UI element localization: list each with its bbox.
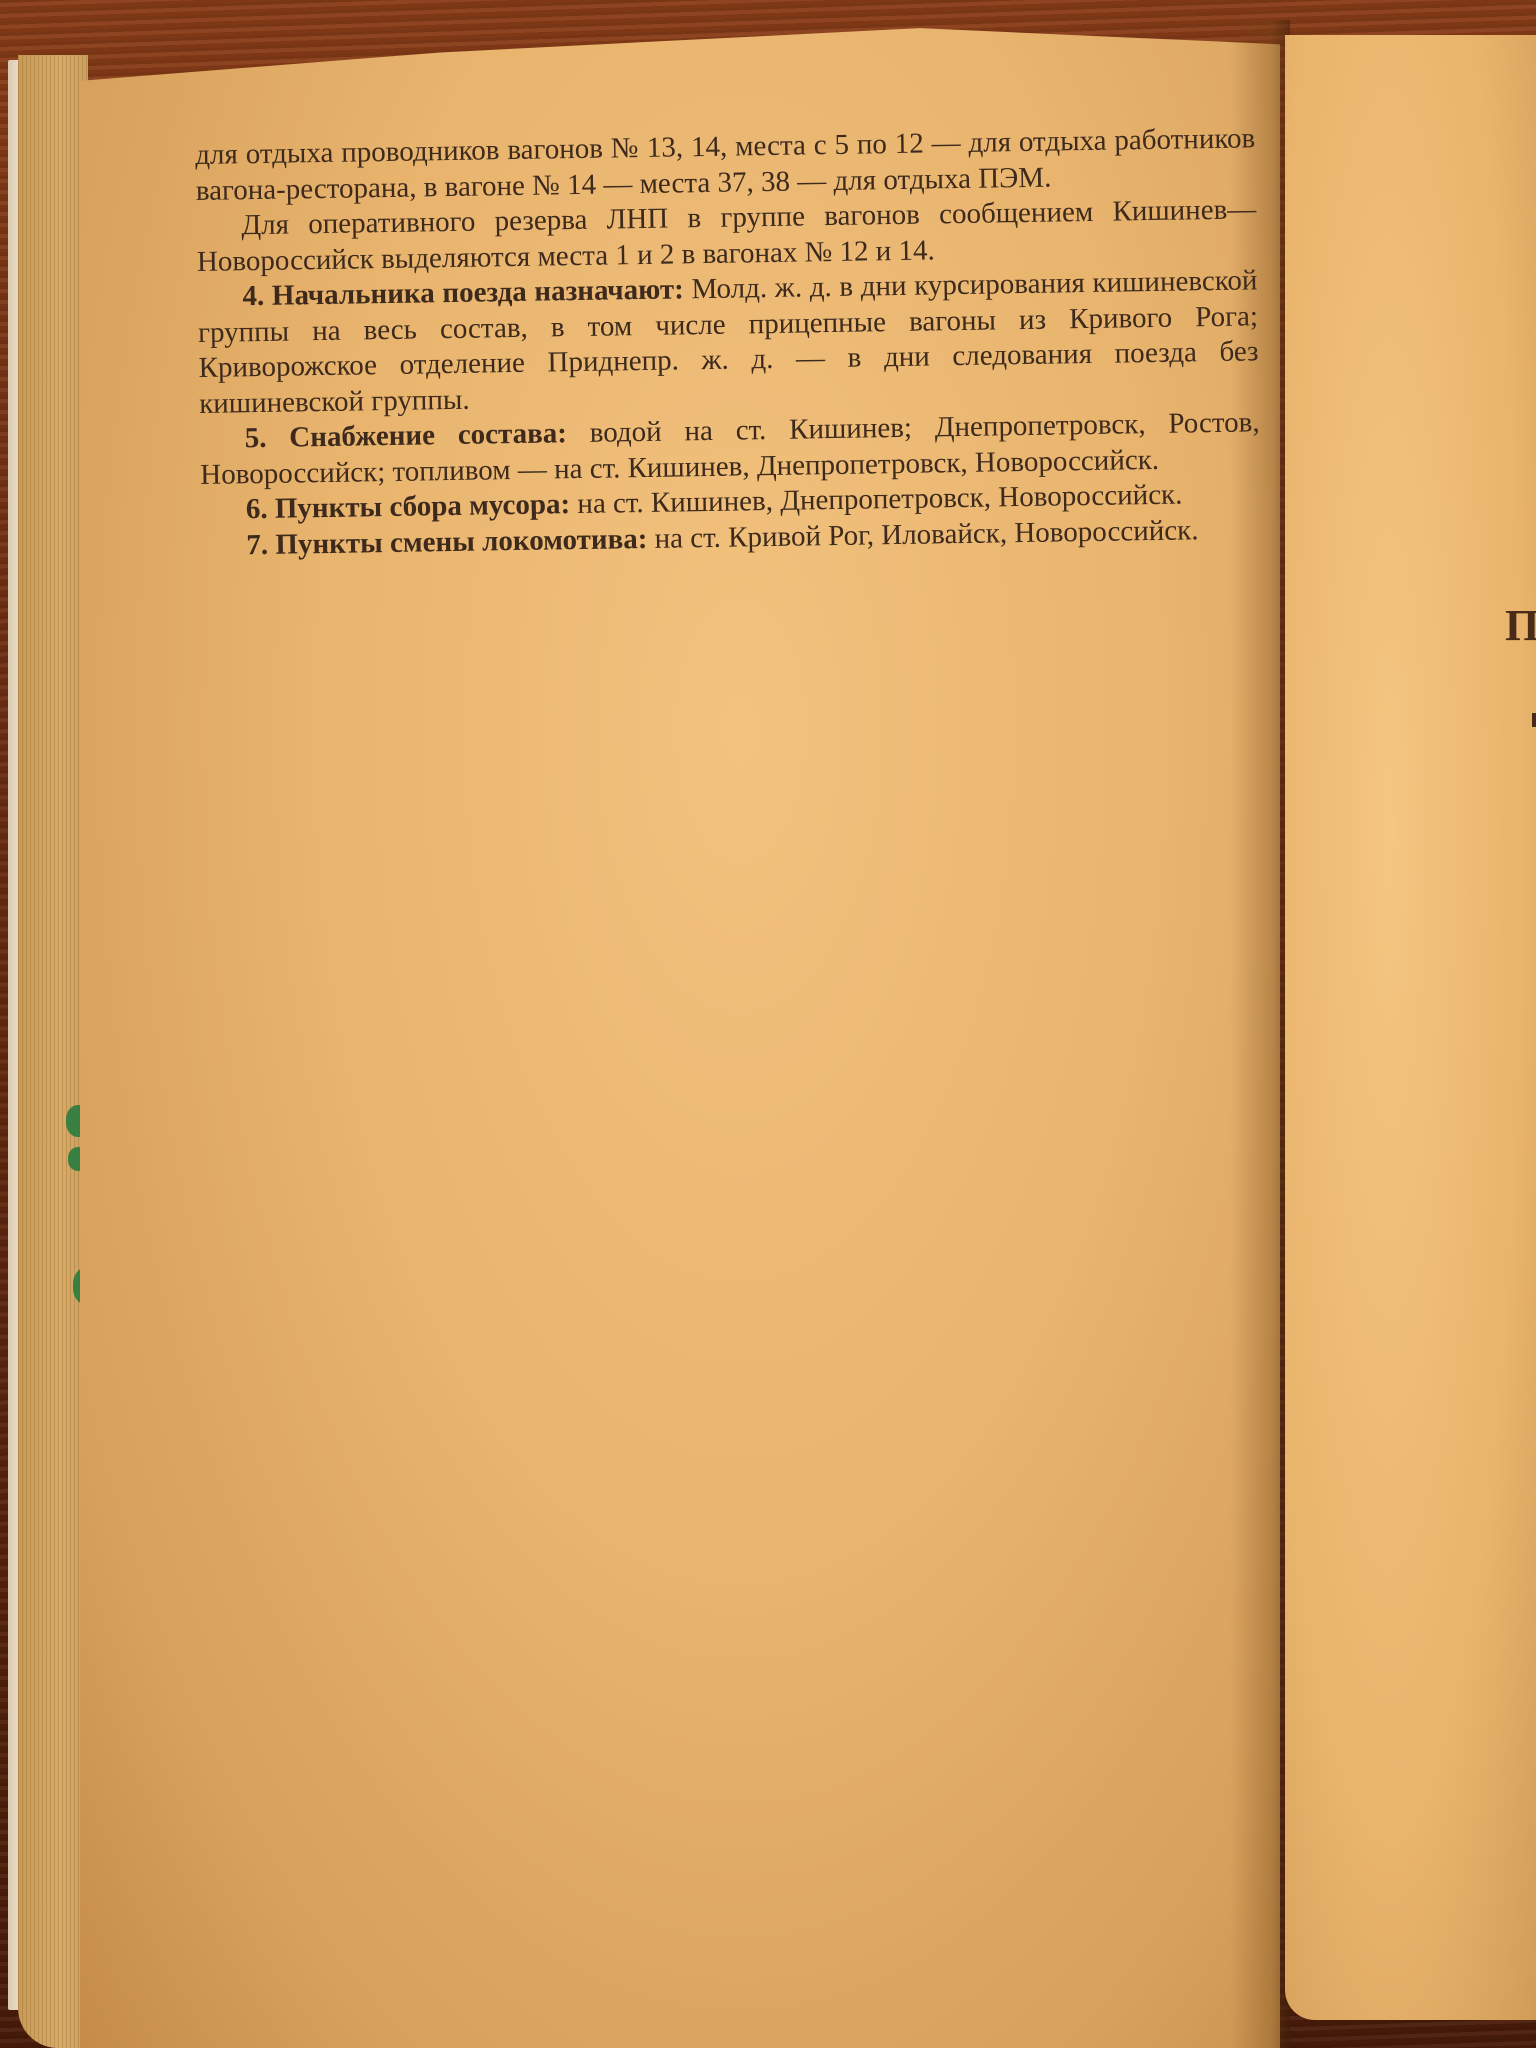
right-page bbox=[1285, 35, 1536, 2020]
item-6-text: на ст. Кишинев, Днепропетровск, Новоросс… bbox=[570, 479, 1183, 521]
right-page-heading-fragment: П bbox=[1505, 600, 1536, 651]
item-4: 4. Начальника поезда назначают: Молд. ж.… bbox=[197, 263, 1259, 422]
page-stack-edge bbox=[18, 55, 88, 2048]
item-4-heading: 4. Начальника поезда назначают: bbox=[242, 273, 684, 312]
item-6-heading: 6. Пункты сбора мусора: bbox=[246, 488, 571, 525]
item-7-text: на ст. Кривой Рог, Иловайск, Новороссийс… bbox=[647, 514, 1199, 555]
page-text: для отдыха проводников вагонов № 13, 14,… bbox=[195, 121, 1262, 564]
item-5-heading: 5. Снабжение состава: bbox=[244, 417, 567, 454]
right-page-text-fragment bbox=[1532, 713, 1536, 727]
item-7-heading: 7. Пункты смены локомотива: bbox=[246, 522, 647, 560]
